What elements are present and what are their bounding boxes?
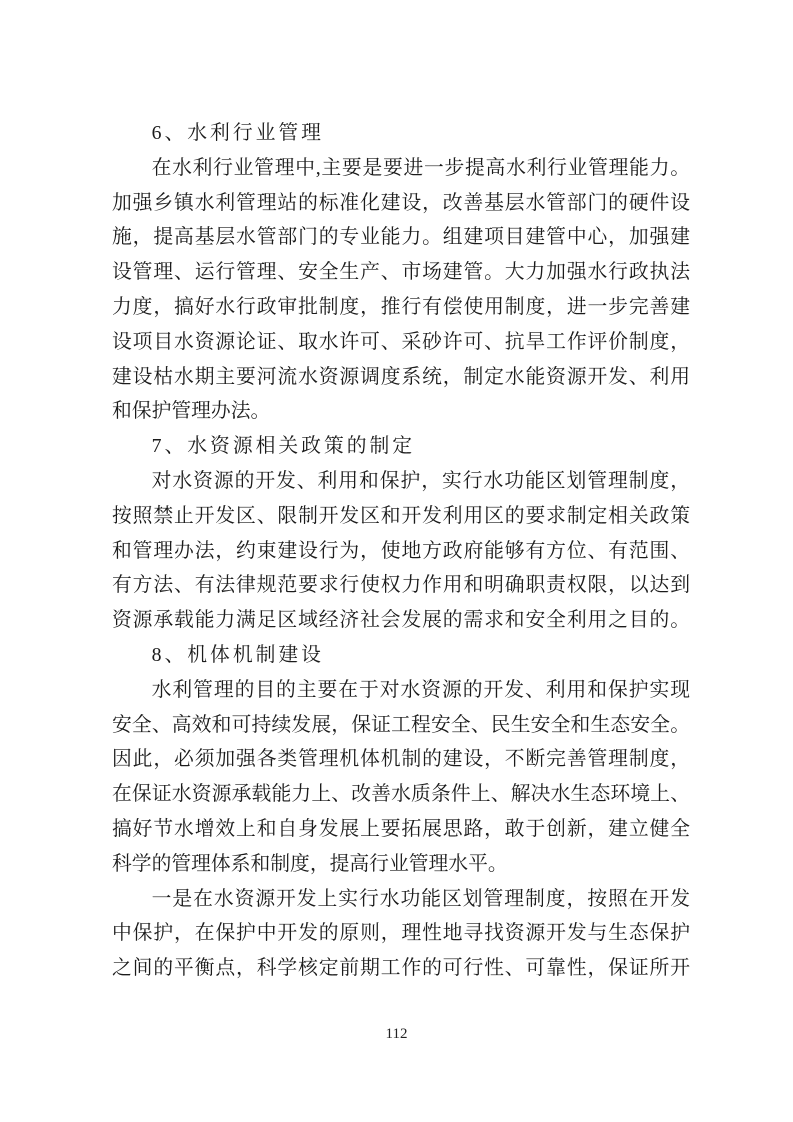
document-body: 6、水利行业管理在水利行业管理中,主要是要进一步提高水利行业管理能力。加强乡镇水… [112,116,690,986]
text-line: 按照禁止开发区、限制开发区和开发利用区的要求制定相关政策 [112,499,690,534]
section-heading: 6、水利行业管理 [112,116,690,151]
text-line: 和管理办法，约束建设行为，使地方政府能够有方位、有范围、 [112,534,690,569]
text-line: 和保护管理办法。 [112,394,690,429]
text-line: 加强乡镇水利管理站的标准化建设，改善基层水管部门的硬件设 [112,186,690,221]
text-line: 资源承载能力满足区域经济社会发展的需求和安全利用之目的。 [112,603,690,638]
text-line: 在水利行业管理中,主要是要进一步提高水利行业管理能力。 [112,151,690,186]
text-line: 设管理、运行管理、安全生产、市场建管。大力加强水行政执法 [112,255,690,290]
text-line: 中保护，在保护中开发的原则，理性地寻找资源开发与生态保护 [112,916,690,951]
text-line: 对水资源的开发、利用和保护，实行水功能区划管理制度， [112,464,690,499]
text-line: 力度，搞好水行政审批制度，推行有偿使用制度，进一步完善建 [112,290,690,325]
page-number: 112 [0,1026,793,1043]
section-heading: 7、水资源相关政策的制定 [112,429,690,464]
text-line: 有方法、有法律规范要求行使权力作用和明确职责权限，以达到 [112,568,690,603]
text-line: 因此，必须加强各类管理机体机制的建设，不断完善管理制度， [112,742,690,777]
text-line: 科学的管理体系和制度，提高行业管理水平。 [112,847,690,882]
text-line: 之间的平衡点，科学核定前期工作的可行性、可靠性，保证所开 [112,951,690,986]
text-line: 设项目水资源论证、取水许可、采砂许可、抗旱工作评价制度， [112,325,690,360]
text-line: 施，提高基层水管部门的专业能力。组建项目建管中心，加强建 [112,220,690,255]
text-line: 在保证水资源承载能力上、改善水质条件上、解决水生态环境上、 [112,777,690,812]
text-line: 建设枯水期主要河流水资源调度系统，制定水能资源开发、利用 [112,360,690,395]
text-line: 一是在水资源开发上实行水功能区划管理制度，按照在开发 [112,882,690,917]
text-line: 搞好节水增效上和自身发展上要拓展思路，敢于创新，建立健全 [112,812,690,847]
text-line: 水利管理的目的主要在于对水资源的开发、利用和保护实现 [112,673,690,708]
text-line: 安全、高效和可持续发展，保证工程安全、民生安全和生态安全。 [112,708,690,743]
section-heading: 8、机体机制建设 [112,638,690,673]
document-page: 6、水利行业管理在水利行业管理中,主要是要进一步提高水利行业管理能力。加强乡镇水… [0,0,793,1122]
